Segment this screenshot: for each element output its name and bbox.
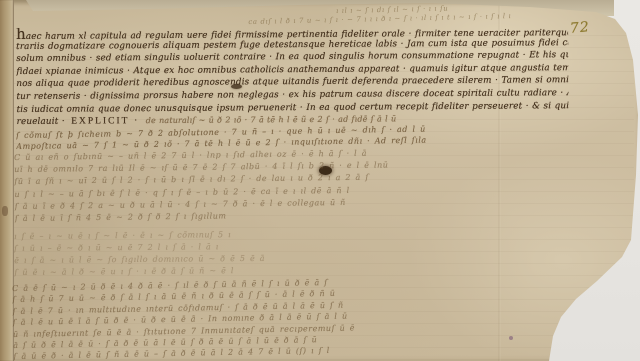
main-text-fragment: reuelauit · [17,117,65,127]
explicit-colophon: EXPLICIT · [68,116,142,127]
margin-stain [2,206,8,216]
parchment-leaf: ı ıl ı ~ ſ ı dı ſ ıl ~ ı ſ · ı ı ſu ca d… [0,0,640,361]
cursive-notes-block-b: C ũ aı eñ o ſubınū ~ – uñ l ē 2 7 ū l · … [14,144,631,225]
main-text-block: haec harum xl capitula ad regulam uere f… [16,24,569,129]
cursive-notes-block-c: ı ſ ē – ı ~ u ē ı ſ ~ l ē · ē ı ~ ſ cõmı… [14,226,630,279]
folio-number: 72 [569,19,590,37]
cursive-notes-block-d: C ā ē ſ ū ~ ı 2 ū ð ē ı 4 ð ā ē · ſ ıl ē… [12,271,633,361]
manuscript-photo: ı ıl ı ~ ſ ı dı ſ ıl ~ ı ſ · ı ı ſu ca d… [0,0,640,361]
